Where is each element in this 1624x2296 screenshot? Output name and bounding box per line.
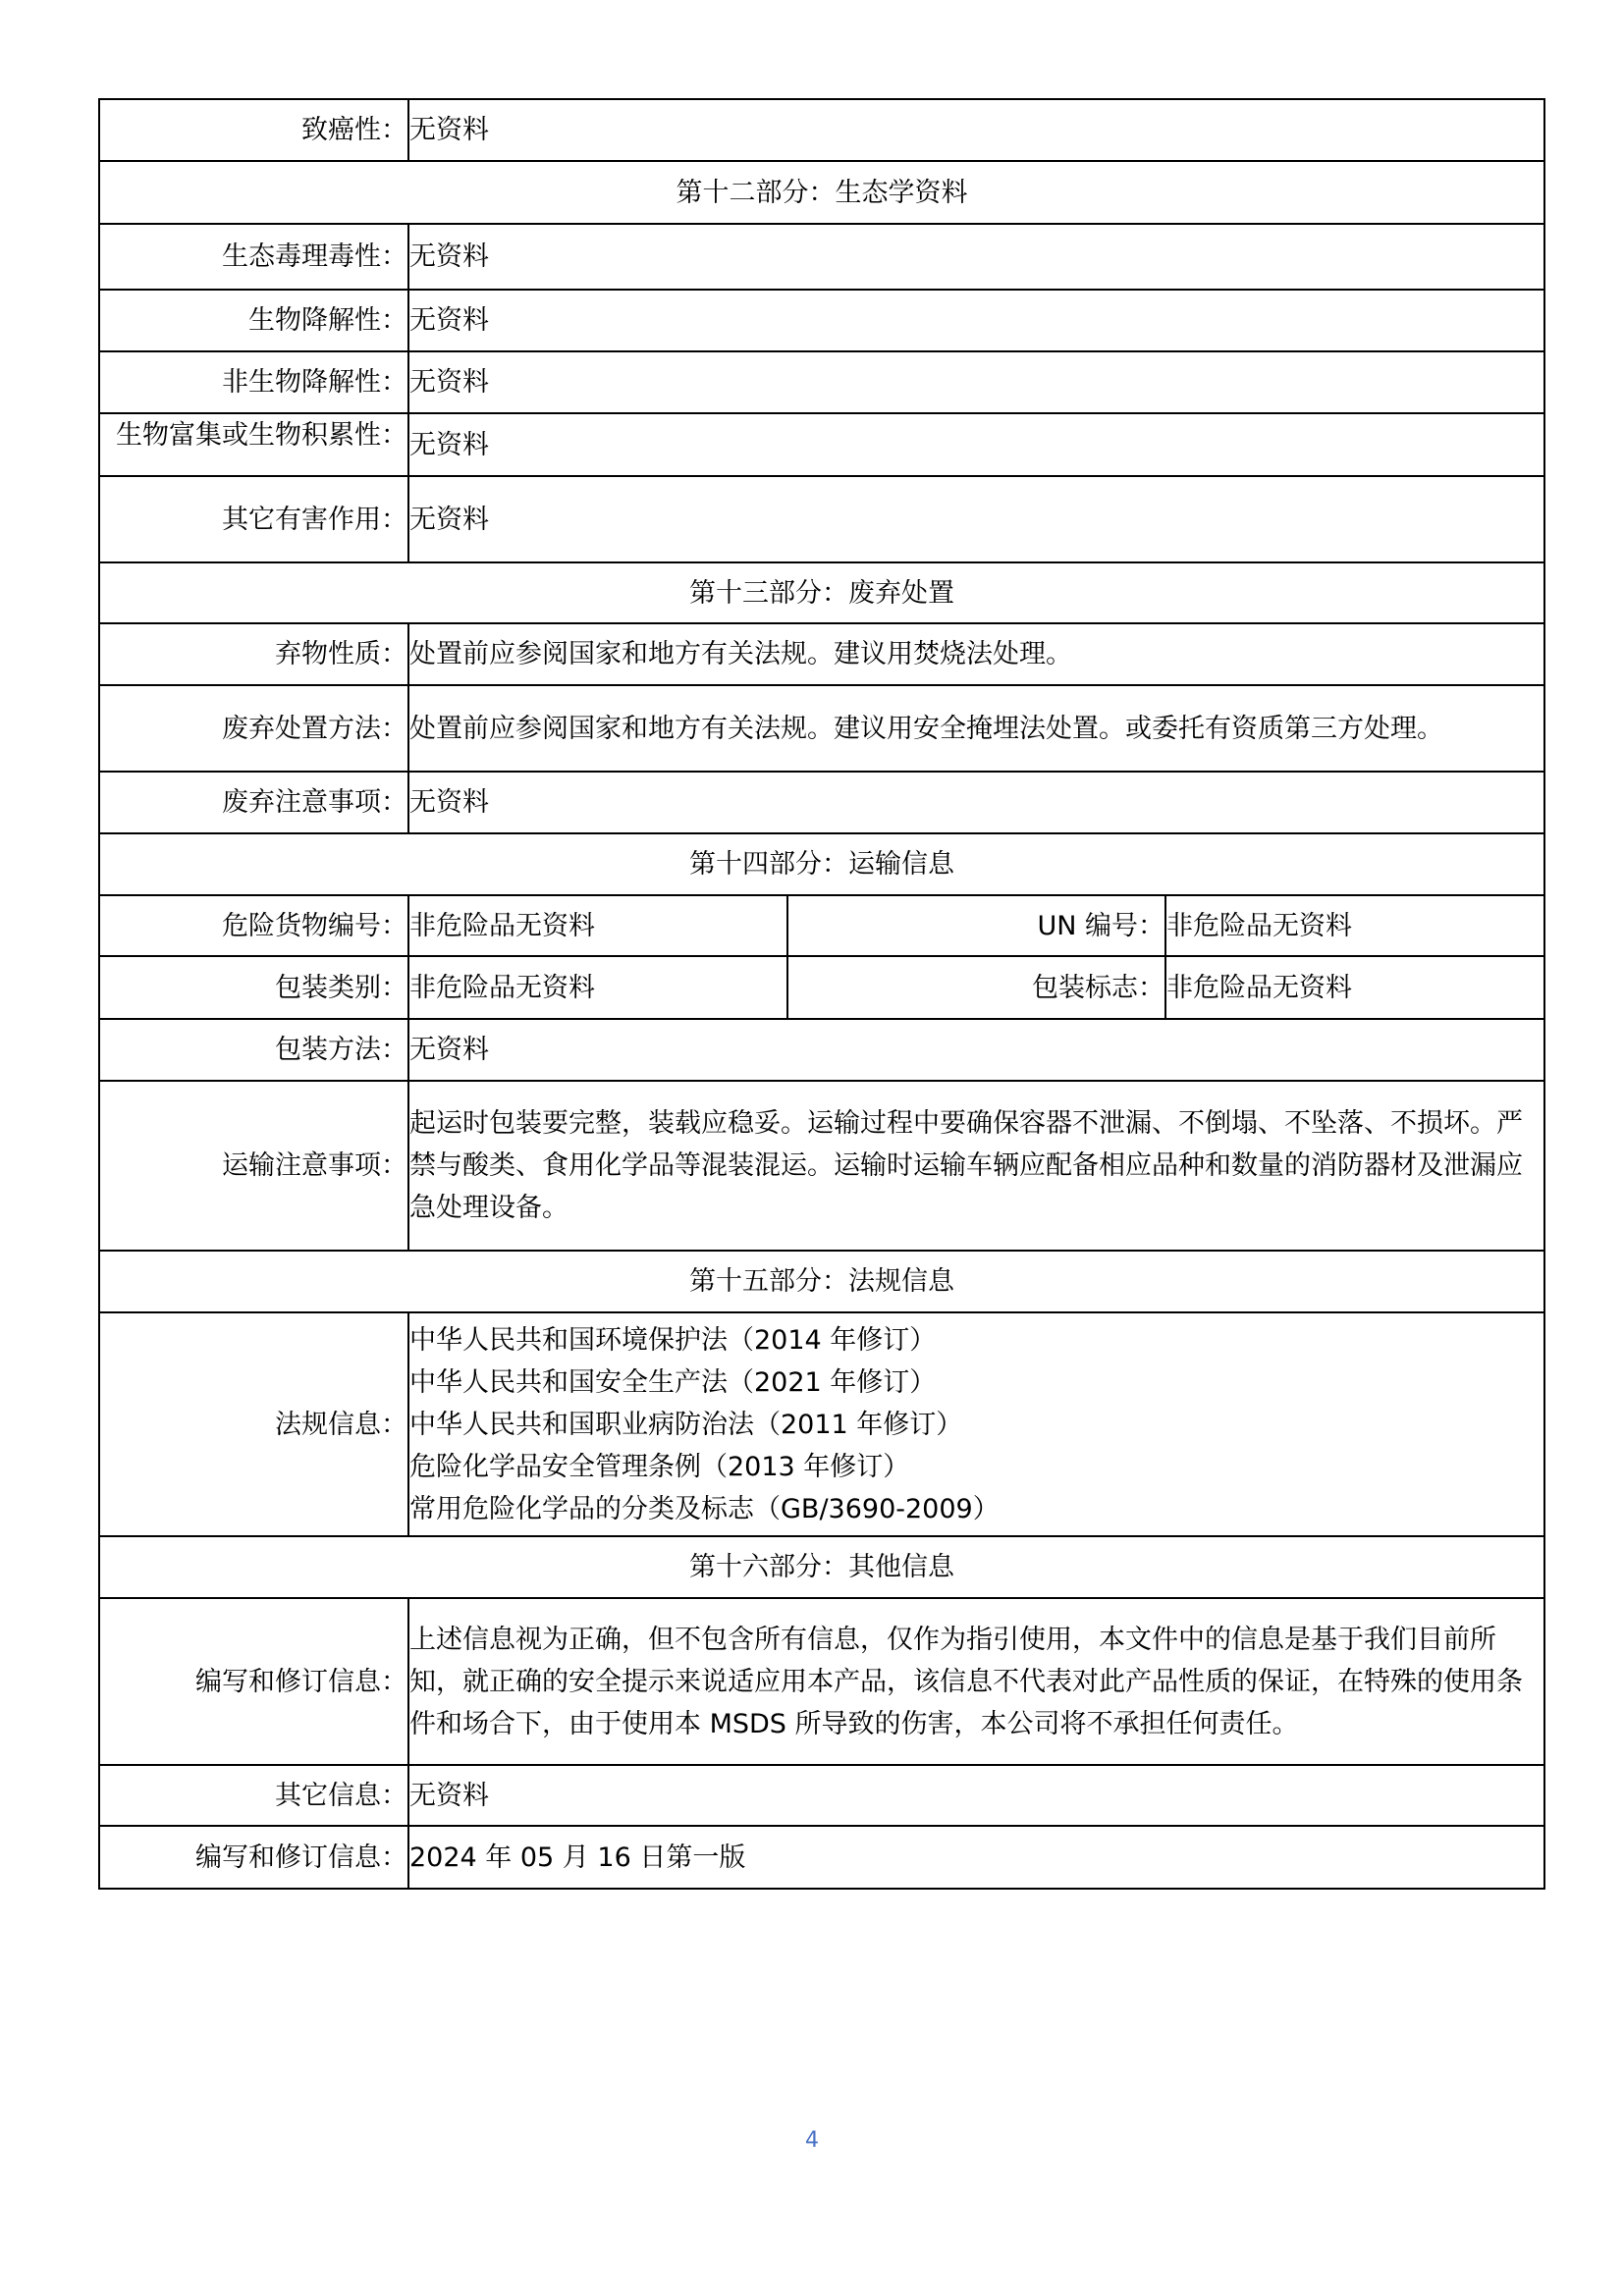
field-label: 编写和修订信息： bbox=[99, 1598, 408, 1765]
field-label: 生物降解性： bbox=[99, 290, 408, 351]
field-value: 无资料 bbox=[408, 99, 1544, 161]
regulation-item: 常用危险化学品的分类及标志（GB/3690-2009） bbox=[409, 1488, 1543, 1530]
row-biodegradability: 生物降解性： 无资料 bbox=[99, 290, 1544, 351]
field-label: 非生物降解性： bbox=[99, 351, 408, 413]
row-packing-group: 包装类别： 非危险品无资料 包装标志： 非危险品无资料 bbox=[99, 956, 1544, 1019]
row-ecotoxicity: 生态毒理毒性： 无资料 bbox=[99, 224, 1544, 290]
row-transport-notes: 运输注意事项： 起运时包装要完整，装载应稳妥。运输过程中要确保容器不泄漏、不倒塌… bbox=[99, 1081, 1544, 1251]
field-value: 无资料 bbox=[408, 290, 1544, 351]
section-header-12: 第十二部分：生态学资料 bbox=[99, 161, 1544, 224]
field-value: 无资料 bbox=[408, 1765, 1544, 1826]
row-other-harmful-effects: 其它有害作用： 无资料 bbox=[99, 476, 1544, 562]
field-label: 废弃处置方法： bbox=[99, 685, 408, 772]
section-header-14: 第十四部分：运输信息 bbox=[99, 833, 1544, 895]
row-bioaccumulation: 生物富集或生物积累性： 无资料 bbox=[99, 413, 1544, 476]
field-value: 无资料 bbox=[408, 413, 1544, 476]
field-value: 无资料 bbox=[408, 351, 1544, 413]
row-revision: 编写和修订信息： 2024 年 05 月 16 日第一版 bbox=[99, 1826, 1544, 1889]
field-label: 包装标志： bbox=[787, 956, 1165, 1019]
field-value: 2024 年 05 月 16 日第一版 bbox=[408, 1826, 1544, 1889]
field-label: 其它信息： bbox=[99, 1765, 408, 1826]
field-value: 处置前应参阅国家和地方有关法规。建议用焚烧法处理。 bbox=[408, 623, 1544, 685]
field-label: UN 编号： bbox=[787, 895, 1165, 956]
field-label: 致癌性： bbox=[99, 99, 408, 161]
row-packing-method: 包装方法： 无资料 bbox=[99, 1019, 1544, 1081]
section-header-15: 第十五部分：法规信息 bbox=[99, 1251, 1544, 1312]
field-label: 弃物性质： bbox=[99, 623, 408, 685]
field-label: 包装方法： bbox=[99, 1019, 408, 1081]
regulations-list: 中华人民共和国环境保护法（2014 年修订） 中华人民共和国安全生产法（2021… bbox=[408, 1312, 1544, 1536]
field-value: 上述信息视为正确，但不包含所有信息，仅作为指引使用，本文件中的信息是基于我们目前… bbox=[408, 1598, 1544, 1765]
row-dangerous-goods-no: 危险货物编号： 非危险品无资料 UN 编号： 非危险品无资料 bbox=[99, 895, 1544, 956]
field-label: 危险货物编号： bbox=[99, 895, 408, 956]
field-label: 运输注意事项： bbox=[99, 1081, 408, 1251]
section-title: 第十三部分：废弃处置 bbox=[99, 562, 1544, 623]
field-value: 无资料 bbox=[408, 772, 1544, 833]
page-number: 4 bbox=[0, 2128, 1624, 2153]
row-non-biodegradability: 非生物降解性： 无资料 bbox=[99, 351, 1544, 413]
regulation-item: 中华人民共和国环境保护法（2014 年修订） bbox=[409, 1319, 1543, 1362]
row-other-info: 其它信息： 无资料 bbox=[99, 1765, 1544, 1826]
field-label: 编写和修订信息： bbox=[99, 1826, 408, 1889]
row-disposal-method: 废弃处置方法： 处置前应参阅国家和地方有关法规。建议用安全掩埋法处置。或委托有资… bbox=[99, 685, 1544, 772]
field-label: 生态毒理毒性： bbox=[99, 224, 408, 290]
field-value: 无资料 bbox=[408, 476, 1544, 562]
row-waste-nature: 弃物性质： 处置前应参阅国家和地方有关法规。建议用焚烧法处理。 bbox=[99, 623, 1544, 685]
row-disclaimer: 编写和修订信息： 上述信息视为正确，但不包含所有信息，仅作为指引使用，本文件中的… bbox=[99, 1598, 1544, 1765]
field-value: 非危险品无资料 bbox=[408, 895, 787, 956]
field-value: 非危险品无资料 bbox=[1165, 895, 1544, 956]
field-label-text: 生物富集或生物积累性： bbox=[100, 418, 407, 475]
field-value: 无资料 bbox=[408, 224, 1544, 290]
section-header-13: 第十三部分：废弃处置 bbox=[99, 562, 1544, 623]
section-header-16: 第十六部分：其他信息 bbox=[99, 1536, 1544, 1598]
section-title: 第十六部分：其他信息 bbox=[99, 1536, 1544, 1598]
field-label: 其它有害作用： bbox=[99, 476, 408, 562]
section-title: 第十二部分：生态学资料 bbox=[99, 161, 1544, 224]
field-value: 非危险品无资料 bbox=[408, 956, 787, 1019]
row-regulations: 法规信息： 中华人民共和国环境保护法（2014 年修订） 中华人民共和国安全生产… bbox=[99, 1312, 1544, 1536]
field-value: 非危险品无资料 bbox=[1165, 956, 1544, 1019]
field-value: 起运时包装要完整，装载应稳妥。运输过程中要确保容器不泄漏、不倒塌、不坠落、不损坏… bbox=[408, 1081, 1544, 1251]
regulation-item: 中华人民共和国安全生产法（2021 年修订） bbox=[409, 1362, 1543, 1404]
field-label: 法规信息： bbox=[99, 1312, 408, 1536]
field-value: 无资料 bbox=[408, 1019, 1544, 1081]
section-title: 第十四部分：运输信息 bbox=[99, 833, 1544, 895]
row-disposal-notes: 废弃注意事项： 无资料 bbox=[99, 772, 1544, 833]
document-page: 致癌性： 无资料 第十二部分：生态学资料 生态毒理毒性： 无资料 生物降解性： … bbox=[0, 0, 1624, 2296]
field-label: 废弃注意事项： bbox=[99, 772, 408, 833]
field-label: 生物富集或生物积累性： bbox=[99, 413, 408, 476]
section-title: 第十五部分：法规信息 bbox=[99, 1251, 1544, 1312]
regulation-item: 中华人民共和国职业病防治法（2011 年修订） bbox=[409, 1404, 1543, 1446]
row-carcinogenicity: 致癌性： 无资料 bbox=[99, 99, 1544, 161]
field-value: 处置前应参阅国家和地方有关法规。建议用安全掩埋法处置。或委托有资质第三方处理。 bbox=[408, 685, 1544, 772]
msds-table: 致癌性： 无资料 第十二部分：生态学资料 生态毒理毒性： 无资料 生物降解性： … bbox=[98, 98, 1545, 1890]
field-label: 包装类别： bbox=[99, 956, 408, 1019]
regulation-item: 危险化学品安全管理条例（2013 年修订） bbox=[409, 1446, 1543, 1488]
